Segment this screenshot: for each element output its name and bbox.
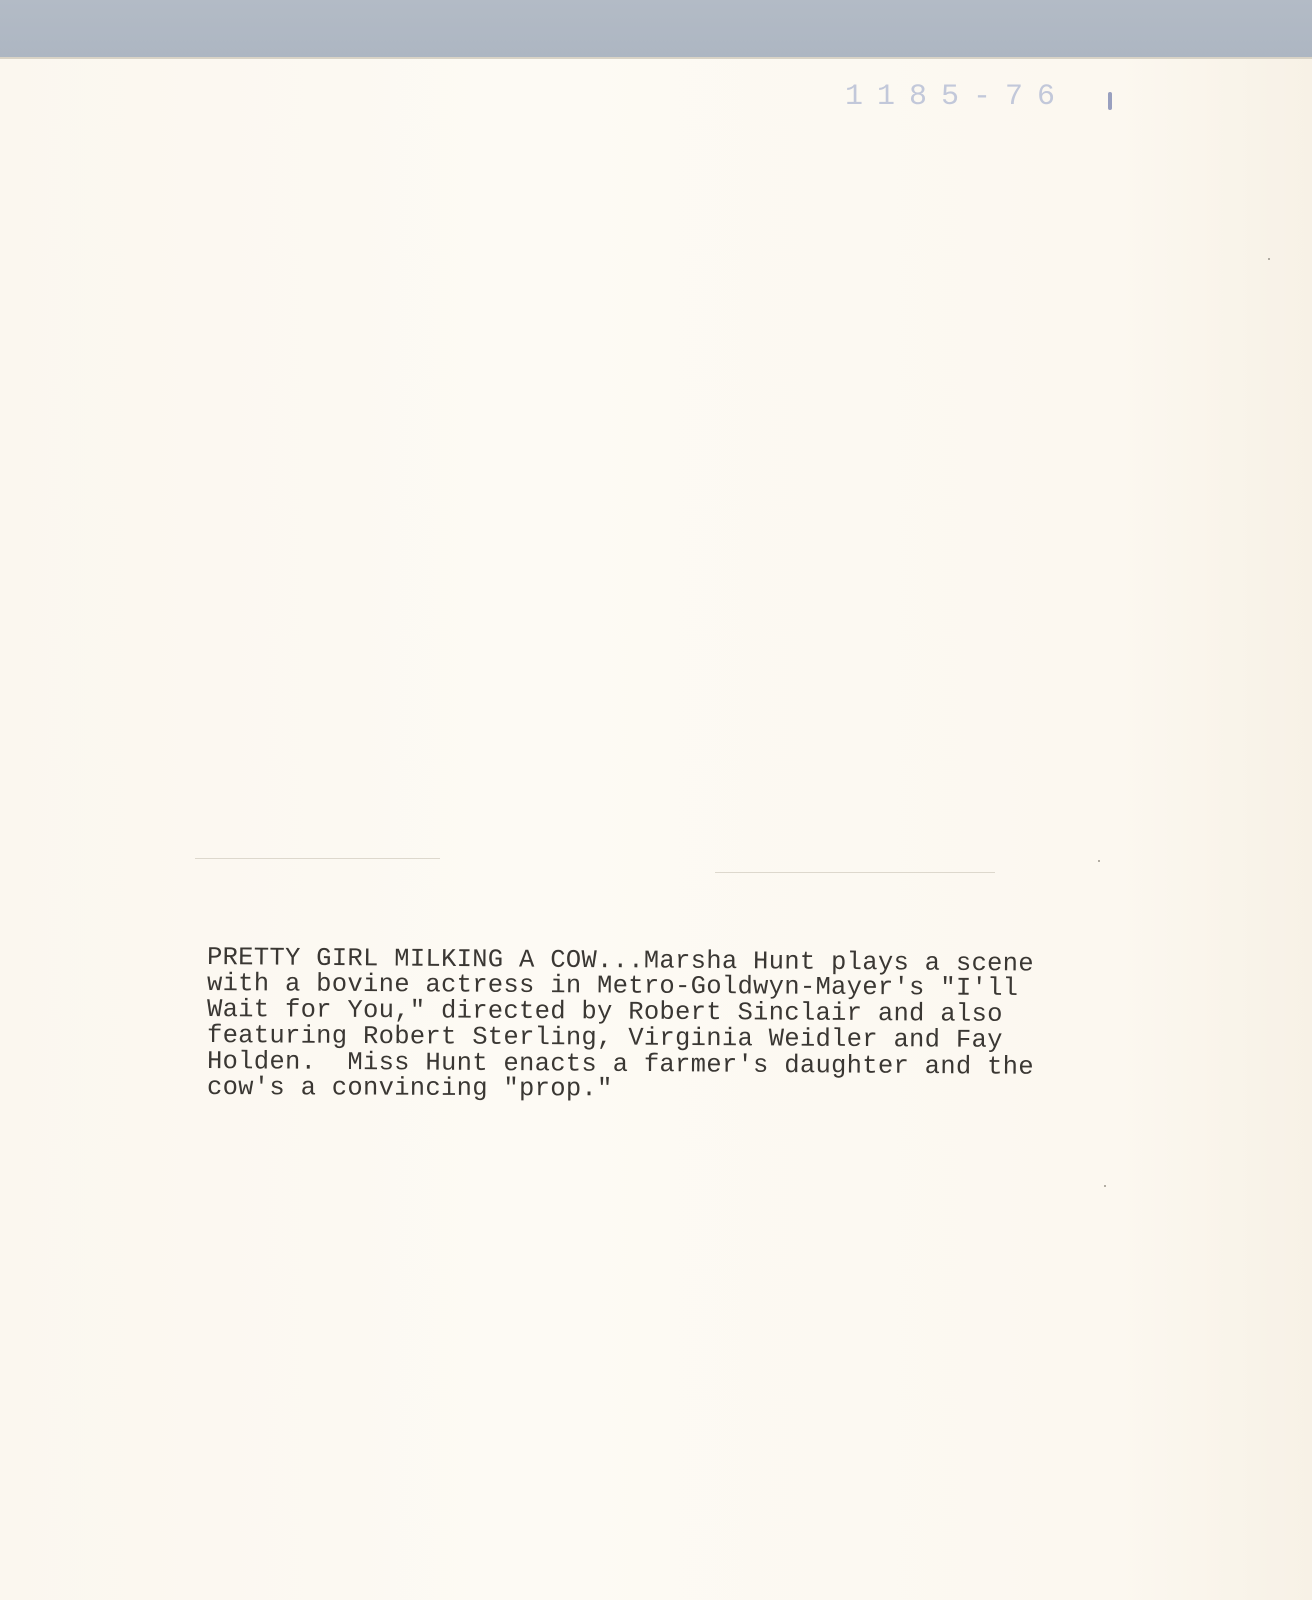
paper-speck xyxy=(1098,860,1100,862)
typed-caption: PRETTY GIRL MILKING A COW...Marsha Hunt … xyxy=(207,945,1087,1101)
caption-line: cow's a convincing "prop." xyxy=(207,1075,1087,1104)
stamped-reference-number: 1185-76 xyxy=(845,80,1069,114)
scan-background-strip xyxy=(0,0,1312,57)
photo-back-paper xyxy=(0,57,1312,1600)
stamp-ink-mark xyxy=(1108,92,1112,110)
paper-speck xyxy=(1268,258,1270,260)
paper-speck xyxy=(1104,1185,1106,1187)
faint-paper-mark xyxy=(195,858,440,859)
faint-paper-mark xyxy=(715,872,995,873)
